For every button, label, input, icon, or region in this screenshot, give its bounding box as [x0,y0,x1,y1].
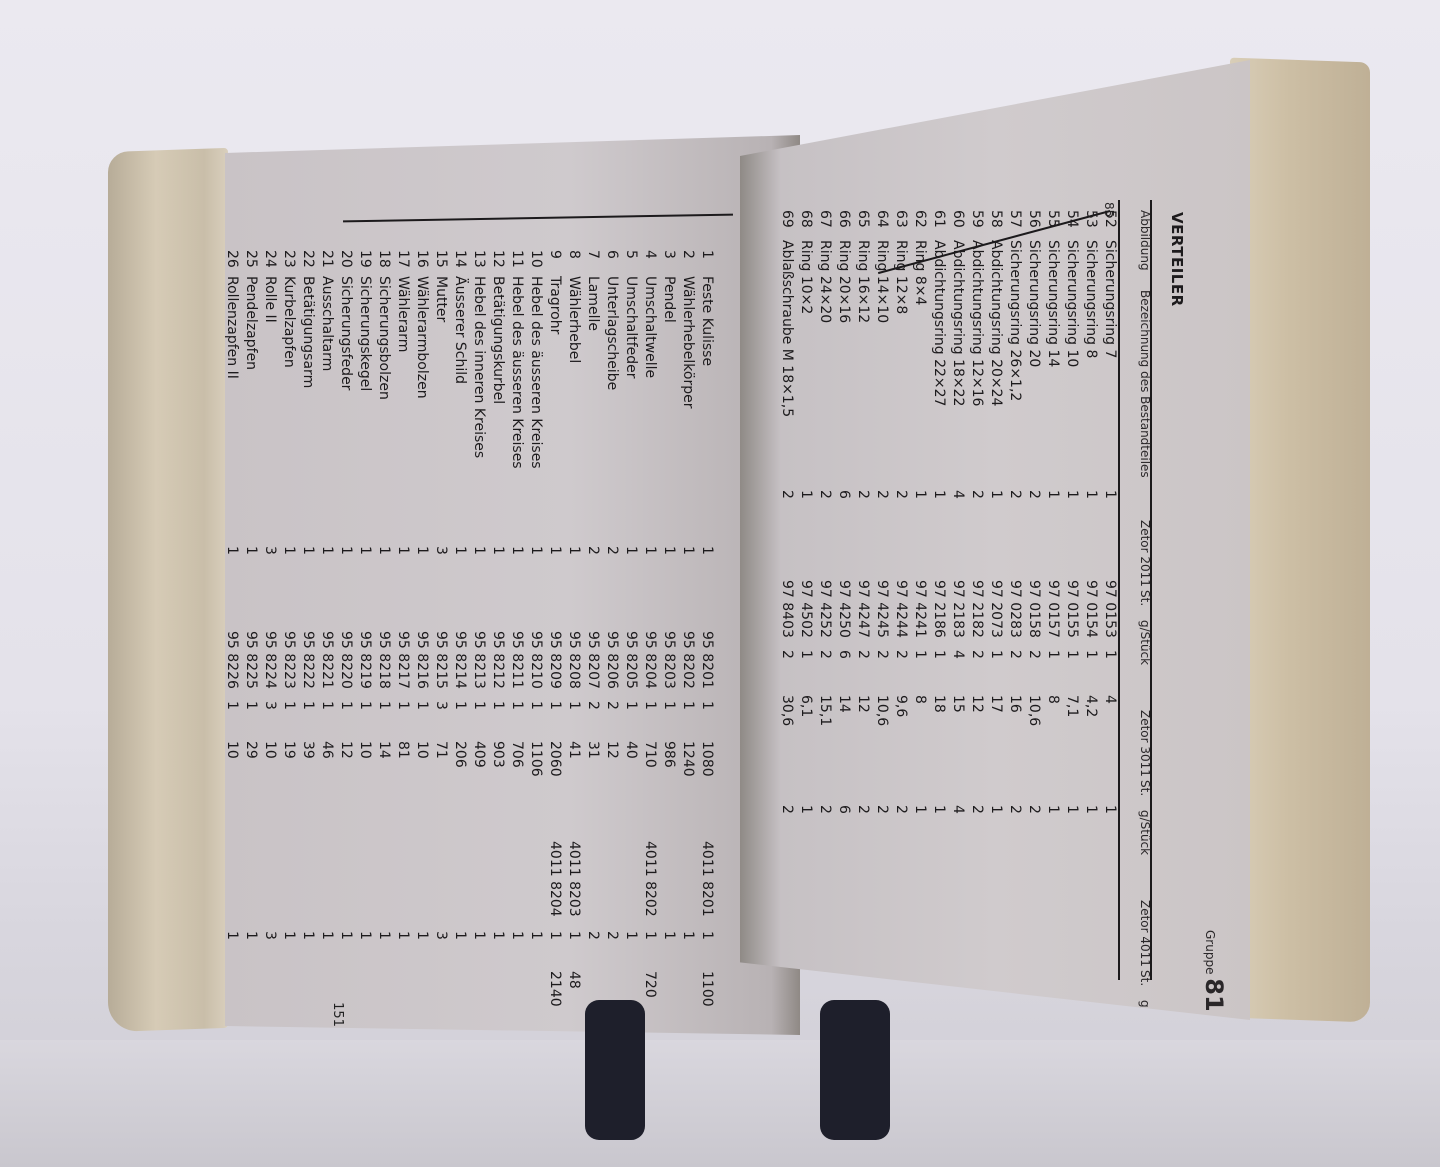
cell-st2011: 1 [799,490,815,580]
header-st3: St. [1138,970,1152,1000]
cell-name: Wählerhebel [567,276,583,546]
cell-nr3011: 95 8217 [396,631,412,701]
cell-st3011: 6 [837,650,853,695]
cell-nr3011: 95 8213 [472,631,488,701]
cell-name: Wählerarm [396,276,412,546]
cell-nr3011: 97 0153 [1103,580,1119,650]
cell-pos: 5 [624,250,640,276]
cell-name: Mutter [434,276,450,546]
cell-g: 206 [453,741,469,841]
cell-g4011: 2140 [548,971,564,1011]
table-row: 67Ring 24×20297 4252215,12 [816,210,835,845]
cell-nr3011: 95 8207 [586,631,602,701]
table-row: 11Hebel des äusseren Kreises195 82111706… [508,250,527,1011]
cell-pos: 14 [453,250,469,276]
cell-st2011: 1 [624,546,640,631]
section-title: VERTEILER [1168,212,1186,307]
cell-nr3011: 95 8210 [529,631,545,701]
cell-g: 710 [643,741,659,841]
cell-st3011: 3 [434,701,450,741]
cell-pos: 66 [837,210,853,240]
cell-st4011: 1 [377,931,393,971]
cell-st3011: 2 [818,650,834,695]
cell-st4011: 2 [605,931,621,971]
cell-st4011: 2 [1027,805,1043,845]
cell-st3011: 1 [700,701,716,741]
cell-g: 12 [856,695,872,805]
cell-st2011: 1 [320,546,336,631]
cell-g: 8 [913,695,929,805]
cell-name: Abdichtungsring 22×27 [932,240,948,490]
cell-name: Feste Kulisse [700,276,716,546]
cell-st4011: 1 [339,931,355,971]
cell-pos: 53 [1084,210,1100,240]
table-row: 60Abdichtungsring 18×22497 21834154 [949,210,968,845]
cell-nr3011: 95 8216 [415,631,431,701]
cell-st3011: 1 [510,701,526,741]
cell-nr3011: 97 0155 [1065,580,1081,650]
cell-st3011: 2 [586,701,602,741]
cell-name: Abdichtungsring 12×16 [970,240,986,490]
cell-pos: 8 [567,250,583,276]
cell-st3011: 2 [856,650,872,695]
cell-st3011: 1 [396,701,412,741]
cell-st4011: 1 [358,931,374,971]
cell-st3011: 3 [263,701,279,741]
cell-pos: 21 [320,250,336,276]
cell-g: 14 [377,741,393,841]
cell-st2011: 1 [415,546,431,631]
cell-nr4011: 4011 8201 [700,841,716,931]
cell-g: 10 [358,741,374,841]
table-row: 23Kurbelzapfen195 82231191 [280,250,299,1011]
cell-g: 8 [1046,695,1062,805]
cell-st4011: 1 [643,931,659,971]
cell-name: Sicherungsring 26×1,2 [1008,240,1024,490]
cell-nr4011: 4011 8202 [643,841,659,931]
cell-st2011: 1 [377,546,393,631]
cell-pos: 17 [396,250,412,276]
group-label-text: Gruppe [1203,930,1217,974]
cell-pos: 18 [377,250,393,276]
cell-st4011: 1 [548,931,564,971]
cell-pos: 4 [643,250,659,276]
cell-g: 17 [989,695,1005,805]
cell-g: 31 [586,741,602,841]
table-row: 64Ring 14×10297 4245210,62 [873,210,892,845]
header-zetor3011: Zetor 3011 [1138,710,1152,780]
cell-st2011: 2 [894,490,910,580]
cell-st2011: 1 [244,546,260,631]
cell-st2011: 1 [1084,490,1100,580]
cell-name: Wählerhebelkörper [681,276,697,546]
cell-name: Ring 16×12 [856,240,872,490]
cell-st3011: 1 [1065,650,1081,695]
cell-pos: 61 [932,210,948,240]
cell-st4011: 1 [320,931,336,971]
cell-st2011: 1 [282,546,298,631]
cell-st3011: 1 [681,701,697,741]
cell-name: Ablaßschraube M 18×1,5 [780,240,796,490]
cell-pos: 26 [225,250,241,276]
cell-name: Abdichtungsring 18×22 [951,240,967,490]
cell-g: 10 [415,741,431,841]
cell-g: 29 [244,741,260,841]
cell-st2011: 1 [662,546,678,631]
cell-g: 19 [282,741,298,841]
table-row: 8Wählerhebel195 82081414011 8203148 [565,250,584,1011]
cell-st4011: 1 [282,931,298,971]
table-row: 10Hebel des äusseren Kreises195 82101110… [527,250,546,1011]
cell-st4011: 4 [951,805,967,845]
cell-nr3011: 97 4502 [799,580,815,650]
cell-g: 39 [301,741,317,841]
cell-pos: 16 [415,250,431,276]
table-row: 5Umschaltfeder195 82051401 [622,250,641,1011]
cell-st4011: 1 [681,931,697,971]
table-row: 12Betätigungskurbel195 821219031 [489,250,508,1011]
cell-name: Ring 10×2 [799,240,815,490]
cell-st4011: 2 [875,805,891,845]
table-row: 3Pendel195 820319861 [660,250,679,1011]
cell-pos: 9 [548,250,564,276]
table-row: 7Lamelle295 82072312 [584,250,603,1011]
cell-nr3011: 97 4252 [818,580,834,650]
cell-name: Wählerarmbolzen [415,276,431,546]
cell-g: 41 [567,741,583,841]
cell-pos: 55 [1046,210,1062,240]
table-row: 16Wählerarmbolzen195 82161101 [413,250,432,1011]
cell-st3011: 1 [529,701,545,741]
cell-g: 12 [605,741,621,841]
cell-nr3011: 95 8223 [282,631,298,701]
cell-name: Sicherungsbolzen [377,276,393,546]
table-row: 52Sicherungsring 7197 0153141 [1101,210,1120,845]
cell-g: 903 [491,741,507,841]
cell-st2011: 3 [434,546,450,631]
cell-nr3011: 95 8214 [453,631,469,701]
cell-nr3011: 97 0157 [1046,580,1062,650]
cell-nr3011: 95 8215 [434,631,450,701]
cell-st3011: 2 [970,650,986,695]
cell-pos: 7 [586,250,602,276]
cell-st2011: 1 [1046,490,1062,580]
cell-st2011: 2 [1008,490,1024,580]
cell-nr4011: 4011 8204 [548,841,564,931]
cell-name: Sicherungskegel [358,276,374,546]
cell-nr3011: 95 8205 [624,631,640,701]
cell-pos: 2 [681,250,697,276]
cell-name: Pendel [662,276,678,546]
cell-g: 46 [320,741,336,841]
cell-st3011: 1 [339,701,355,741]
cell-g: 4 [1103,695,1119,805]
cell-pos: 52 [1103,210,1119,240]
cell-nr3011: 97 2186 [932,580,948,650]
cell-st4011: 2 [894,805,910,845]
cell-st4011: 1 [529,931,545,971]
cell-st4011: 1 [662,931,678,971]
cell-st2011: 1 [510,546,526,631]
cell-st3011: 1 [989,650,1005,695]
cell-st2011: 1 [491,546,507,631]
cell-pos: 25 [244,250,260,276]
cell-st4011: 1 [932,805,948,845]
cell-g: 40 [624,741,640,841]
cell-st2011: 1 [1103,490,1119,580]
cell-pos: 59 [970,210,986,240]
cell-name: Betätigungskurbel [491,276,507,546]
cell-nr3011: 95 8202 [681,631,697,701]
cell-st2011: 1 [472,546,488,631]
cell-st2011: 1 [301,546,317,631]
cell-name: Sicherungsfeder [339,276,355,546]
cell-g4011: 48 [567,971,583,1011]
cell-nr3011: 97 4241 [913,580,929,650]
cell-st3011: 1 [472,701,488,741]
cell-st3011: 1 [567,701,583,741]
cell-st3011: 2 [780,650,796,695]
cell-nr3011: 97 2073 [989,580,1005,650]
cell-st2011: 1 [932,490,948,580]
cell-name: Äusserer Schild [453,276,469,546]
table-row: 19Sicherungskegel195 82191101 [356,250,375,1011]
cell-st4011: 1 [989,805,1005,845]
book-stand-right-hook [820,1000,890,1140]
table-row: 25Pendelzapfen195 82251291 [242,250,261,1011]
cell-st4011: 2 [1008,805,1024,845]
cell-g: 409 [472,741,488,841]
cell-nr3011: 95 8203 [662,631,678,701]
cell-nr3011: 95 8201 [700,631,716,701]
cell-nr3011: 97 0154 [1084,580,1100,650]
cell-st2011: 1 [700,546,716,631]
cell-st4011: 1 [1103,805,1119,845]
header-st2: St. [1138,780,1152,810]
cell-name: Ring 20×16 [837,240,853,490]
table-row: 58Abdichtungsring 20×24197 20731171 [987,210,1006,845]
cell-st4011: 1 [396,931,412,971]
cell-st2011: 1 [567,546,583,631]
cell-nr3011: 95 8219 [358,631,374,701]
cell-g: 2060 [548,741,564,841]
cell-st2011: 1 [681,546,697,631]
cell-g: 30,6 [780,695,796,805]
cell-st3011: 1 [932,650,948,695]
table-row: 13Hebel des inneren Kreises195 821314091 [470,250,489,1011]
table-row: 62Ring 8×4197 4241181 [911,210,930,845]
cell-g: 15,1 [818,695,834,805]
cell-g: 986 [662,741,678,841]
cell-st2011: 1 [548,546,564,631]
cell-name: Sicherungsring 20 [1027,240,1043,490]
cell-st3011: 1 [643,701,659,741]
cell-st2011: 2 [970,490,986,580]
cell-g: 14 [837,695,853,805]
display-shelf [0,1040,1440,1167]
cell-nr3011: 95 8218 [377,631,393,701]
cell-pos: 10 [529,250,545,276]
cell-pos: 22 [301,250,317,276]
cell-st2011: 1 [529,546,545,631]
cell-g: 12 [339,741,355,841]
group-number: 81 [1200,978,1228,1011]
cell-g4011: 1100 [700,971,716,1011]
cell-name: Tragrohr [548,276,564,546]
table-row: 2Wählerhebelkörper195 8202112401 [679,250,698,1011]
cell-st3011: 1 [548,701,564,741]
cell-name: Sicherungsring 14 [1046,240,1062,490]
cell-pos: 65 [856,210,872,240]
cell-nr3011: 95 8220 [339,631,355,701]
cell-st4011: 1 [225,931,241,971]
table-row: 61Abdichtungsring 22×27197 21861181 [930,210,949,845]
cell-nr3011: 97 4245 [875,580,891,650]
table-row: 55Sicherungsring 14197 0157181 [1044,210,1063,845]
left-page: 1Feste Kulisse195 8201110804011 82011110… [225,135,800,1035]
cell-name: Rollenzapfen II [225,276,241,546]
cell-st4011: 1 [913,805,929,845]
cell-name: Hebel des äusseren Kreises [529,276,545,546]
cell-st2011: 1 [913,490,929,580]
cell-st3011: 1 [415,701,431,741]
cell-g: 81 [396,741,412,841]
cell-pos: 58 [989,210,1005,240]
cell-g: 706 [510,741,526,841]
cell-st3011: 1 [1046,650,1062,695]
cell-st3011: 1 [662,701,678,741]
cell-name: Ausschaltarm [320,276,336,546]
table-row: 6Unterlagscheibe295 82062122 [603,250,622,1011]
table-row: 20Sicherungsfeder195 82201121 [337,250,356,1011]
left-parts-table: 1Feste Kulisse195 8201110804011 82011110… [225,250,717,1011]
cell-nr4011: 4011 8203 [567,841,583,931]
book-page-edges-right [1230,58,1370,1023]
cell-name: Kurbelzapfen [282,276,298,546]
cell-st4011: 3 [434,931,450,971]
cell-pos: 23 [282,250,298,276]
cell-st2011: 2 [875,490,891,580]
cell-pos: 54 [1065,210,1081,240]
cell-st3011: 1 [453,701,469,741]
cell-nr3011: 95 8221 [320,631,336,701]
book-page-edges-left [108,148,228,1032]
cell-name: Hebel des äusseren Kreises [510,276,526,546]
cell-st3011: 1 [1103,650,1119,695]
cell-pos: 62 [913,210,929,240]
cell-name: Ring 12×8 [894,240,910,490]
cell-g: 1106 [529,741,545,841]
cell-name: Hebel des inneren Kreises [472,276,488,546]
cell-name: Pendelzapfen [244,276,260,546]
cell-g: 1080 [700,741,716,841]
cell-st4011: 1 [491,931,507,971]
cell-name: Unterlagscheibe [605,276,621,546]
table-row: 18Sicherungsbolzen195 82181141 [375,250,394,1011]
header-bezeichnung: Bezeichnung des Bestandteiles [1138,290,1152,520]
table-row: 69Ablaßschraube M 18×1,5297 8403230,62 [778,210,797,845]
cell-st2011: 1 [358,546,374,631]
cell-g: 12 [970,695,986,805]
cell-st4011: 3 [263,931,279,971]
cell-st4011: 1 [453,931,469,971]
cell-st3011: 1 [624,701,640,741]
header-g3: g/Stück [1138,1000,1152,1020]
cell-st4011: 2 [970,805,986,845]
table-row: 63Ring 12×8297 424429,62 [892,210,911,845]
cell-pos: 15 [434,250,450,276]
cell-st4011: 2 [856,805,872,845]
book-stand-left-hook [585,1000,645,1140]
cell-st4011: 2 [780,805,796,845]
cell-pos: 3 [662,250,678,276]
cell-pos: 11 [510,250,526,276]
cell-st4011: 1 [301,931,317,971]
table-row: 24Rolle II395 82243103 [261,250,280,1011]
header-abbildung: Abbildung [1138,210,1152,290]
cell-st2011: 1 [225,546,241,631]
cell-pos: 67 [818,210,834,240]
cell-nr3011: 95 8225 [244,631,260,701]
cell-pos: 57 [1008,210,1024,240]
cell-nr3011: 97 0283 [1008,580,1024,650]
cell-g: 4,2 [1084,695,1100,805]
left-page-header-rule [343,214,733,223]
cell-nr3011: 95 8226 [225,631,241,701]
cell-st2011: 1 [643,546,659,631]
cell-g: 71 [434,741,450,841]
table-row: 14Äusserer Schild195 821412061 [451,250,470,1011]
cell-pos: 68 [799,210,815,240]
cell-st2011: 1 [989,490,1005,580]
cell-st3011: 1 [301,701,317,741]
cell-pos: 69 [780,210,796,240]
cell-st4011: 1 [1065,805,1081,845]
cell-st2011: 4 [951,490,967,580]
cell-st3011: 1 [244,701,260,741]
header-zetor4011: Zetor 4011 [1138,900,1152,970]
cell-st3011: 2 [894,650,910,695]
cell-g: 6,1 [799,695,815,805]
cell-nr3011: 95 8204 [643,631,659,701]
header-st1: St. [1138,590,1152,620]
right-parts-table: 52Sicherungsring 7197 015314153Sicherung… [778,210,1120,845]
cell-st2011: 1 [1065,490,1081,580]
cell-st4011: 1 [567,931,583,971]
cell-st3011: 2 [605,701,621,741]
table-row: 53Sicherungsring 8197 015414,21 [1082,210,1101,845]
cell-st2011: 2 [818,490,834,580]
cell-st3011: 1 [358,701,374,741]
cell-g: 10 [225,741,241,841]
cell-st4011: 6 [837,805,853,845]
table-row: 15Mutter395 82153713 [432,250,451,1011]
cell-st2011: 1 [396,546,412,631]
right-page: VERTEILER AbbildungBezeichnung des Besta… [740,60,1250,1020]
cell-nr3011: 97 4247 [856,580,872,650]
cell-st2011: 2 [856,490,872,580]
cell-st4011: 1 [1046,805,1062,845]
table-row: 9Tragrohr195 8209120604011 820412140 [546,250,565,1011]
table-row: 22Betätigungsarm195 82221391 [299,250,318,1011]
cell-g: 9,6 [894,695,910,805]
cell-st2011: 2 [780,490,796,580]
table-row: 54Sicherungsring 10197 015517,11 [1063,210,1082,845]
cell-st4011: 2 [818,805,834,845]
cell-st4011: 1 [799,805,815,845]
cell-nr3011: 97 8403 [780,580,796,650]
table-row: 59Abdichtungsring 12×16297 21822122 [968,210,987,845]
